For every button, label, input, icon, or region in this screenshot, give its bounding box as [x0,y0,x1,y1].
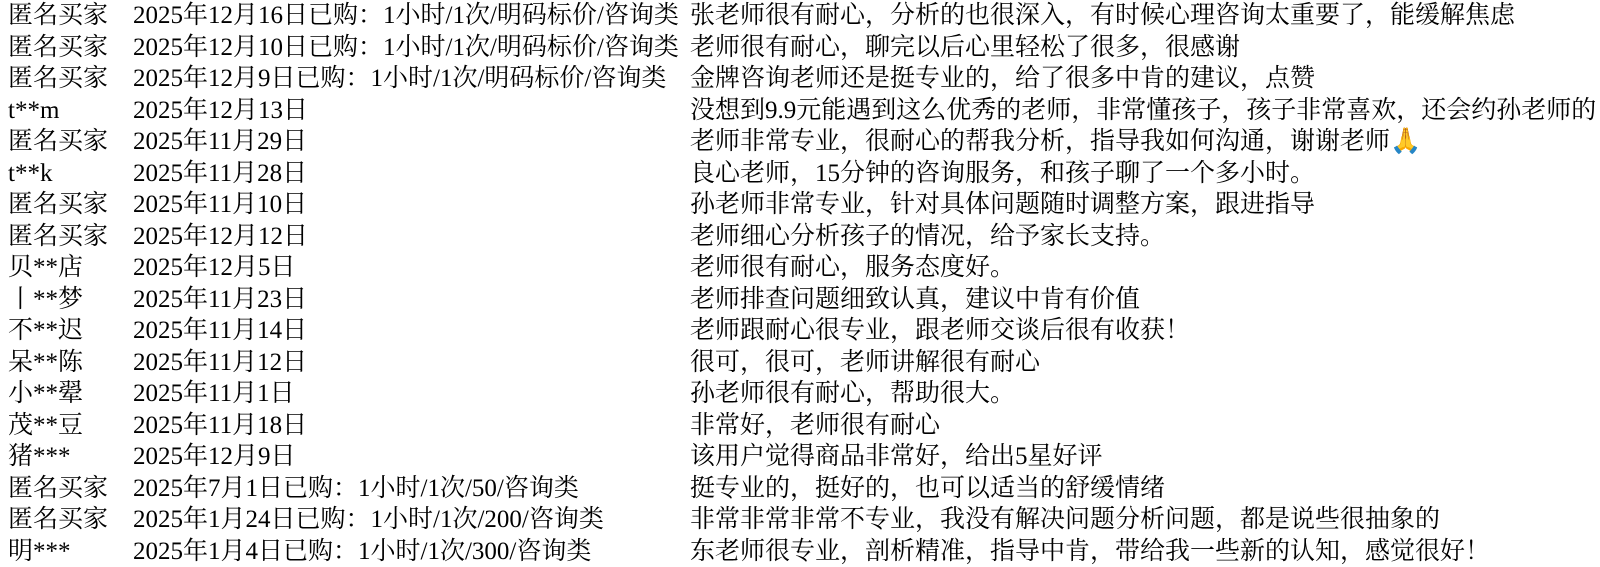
buyer-name: 匿名买家 [8,63,133,95]
review-text: 孙老师非常专业，针对具体问题随时调整方案，跟进指导 [690,189,1600,221]
buyer-name: 匿名买家 [8,221,133,253]
purchase-date-info: 2025年11月14日 [133,315,690,347]
buyer-name: 小**翚 [8,378,133,410]
purchase-date-info: 2025年11月23日 [133,284,690,316]
purchase-date-info: 2025年11月18日 [133,410,690,442]
buyer-name: 明*** [8,536,133,567]
review-row: 匿名买家 2025年7月1日已购：1小时/1次/50/咨询类 挺专业的，挺好的，… [0,473,1600,505]
review-row: 猪*** 2025年12月9日 该用户觉得商品非常好，给出5星好评 [0,441,1600,473]
purchase-date-info: 2025年11月28日 [133,158,690,190]
review-row: t**k 2025年11月28日 良心老师，15分钟的咨询服务，和孩子聊了一个多… [0,158,1600,190]
buyer-name: 匿名买家 [8,504,133,536]
purchase-date-info: 2025年12月9日已购：1小时/1次/明码标价/咨询类 [133,63,690,95]
purchase-date-info: 2025年12月12日 [133,221,690,253]
review-row: 不**迟 2025年11月14日 老师跟耐心很专业，跟老师交谈后很有收获！ [0,315,1600,347]
review-row: 丨**梦 2025年11月23日 老师排查问题细致认真，建议中肯有价值 [0,284,1600,316]
buyer-name: 贝**店 [8,252,133,284]
purchase-date-info: 2025年12月13日 [133,95,690,127]
review-text: 老师非常专业，很耐心的帮我分析，指导我如何沟通，谢谢老师🙏 [690,126,1600,158]
buyer-name: 匿名买家 [8,126,133,158]
buyer-name: 不**迟 [8,315,133,347]
buyer-name: t**m [8,95,133,127]
review-list: 匿名买家 2025年12月16日已购：1小时/1次/明码标价/咨询类 张老师很有… [0,0,1600,567]
purchase-date-info: 2025年1月4日已购：1小时/1次/300/咨询类 [133,536,690,567]
purchase-date-info: 2025年11月1日 [133,378,690,410]
review-row: 茂**豆 2025年11月18日 非常好，老师很有耐心 [0,410,1600,442]
purchase-date-info: 2025年12月9日 [133,441,690,473]
purchase-date-info: 2025年11月10日 [133,189,690,221]
review-text: 张老师很有耐心，分析的也很深入，有时候心理咨询太重要了，能缓解焦虑 [690,0,1600,32]
review-text: 老师排查问题细致认真，建议中肯有价值 [690,284,1600,316]
buyer-name: 匿名买家 [8,32,133,64]
review-row: 匿名买家 2025年11月29日 老师非常专业，很耐心的帮我分析，指导我如何沟通… [0,126,1600,158]
review-text: 老师细心分析孩子的情况，给予家长支持。 [690,221,1600,253]
review-row: 贝**店 2025年12月5日 老师很有耐心，服务态度好。 [0,252,1600,284]
buyer-name: 茂**豆 [8,410,133,442]
review-text: 老师很有耐心，服务态度好。 [690,252,1600,284]
buyer-name: 匿名买家 [8,0,133,32]
review-text: 东老师很专业，剖析精准，指导中肯，带给我一些新的认知，感觉很好！ [690,536,1600,567]
review-row: 呆**陈 2025年11月12日 很可，很可，老师讲解很有耐心 [0,347,1600,379]
buyer-name: t**k [8,158,133,190]
purchase-date-info: 2025年12月16日已购：1小时/1次/明码标价/咨询类 [133,0,690,32]
review-text: 非常好，老师很有耐心 [690,410,1600,442]
review-text: 挺专业的，挺好的，也可以适当的舒缓情绪 [690,473,1600,505]
review-row: 匿名买家 2025年12月12日 老师细心分析孩子的情况，给予家长支持。 [0,221,1600,253]
review-row: 匿名买家 2025年12月9日已购：1小时/1次/明码标价/咨询类 金牌咨询老师… [0,63,1600,95]
purchase-date-info: 2025年11月29日 [133,126,690,158]
review-row: 明*** 2025年1月4日已购：1小时/1次/300/咨询类 东老师很专业，剖… [0,536,1600,567]
purchase-date-info: 2025年12月10日已购：1小时/1次/明码标价/咨询类 [133,32,690,64]
buyer-name: 匿名买家 [8,189,133,221]
purchase-date-info: 2025年1月24日已购：1小时/1次/200/咨询类 [133,504,690,536]
buyer-name: 呆**陈 [8,347,133,379]
review-row: t**m 2025年12月13日 没想到9.9元能遇到这么优秀的老师，非常懂孩子… [0,95,1600,127]
review-row: 匿名买家 2025年1月24日已购：1小时/1次/200/咨询类 非常非常非常不… [0,504,1600,536]
review-text: 该用户觉得商品非常好，给出5星好评 [690,441,1600,473]
review-row: 匿名买家 2025年11月10日 孙老师非常专业，针对具体问题随时调整方案，跟进… [0,189,1600,221]
review-text: 很可，很可，老师讲解很有耐心 [690,347,1600,379]
purchase-date-info: 2025年12月5日 [133,252,690,284]
review-text: 孙老师很有耐心，帮助很大。 [690,378,1600,410]
review-text: 老师跟耐心很专业，跟老师交谈后很有收获！ [690,315,1600,347]
buyer-name: 猪*** [8,441,133,473]
review-row: 匿名买家 2025年12月10日已购：1小时/1次/明码标价/咨询类 老师很有耐… [0,32,1600,64]
review-text: 金牌咨询老师还是挺专业的，给了很多中肯的建议，点赞 [690,63,1600,95]
review-text: 没想到9.9元能遇到这么优秀的老师，非常懂孩子，孩子非常喜欢，还会约孙老师的 [690,95,1600,127]
review-row: 匿名买家 2025年12月16日已购：1小时/1次/明码标价/咨询类 张老师很有… [0,0,1600,32]
review-row: 小**翚 2025年11月1日 孙老师很有耐心，帮助很大。 [0,378,1600,410]
review-text: 老师很有耐心，聊完以后心里轻松了很多，很感谢 [690,32,1600,64]
buyer-name: 匿名买家 [8,473,133,505]
buyer-name: 丨**梦 [8,284,133,316]
purchase-date-info: 2025年7月1日已购：1小时/1次/50/咨询类 [133,473,690,505]
review-text: 非常非常非常不专业，我没有解决问题分析问题，都是说些很抽象的 [690,504,1600,536]
purchase-date-info: 2025年11月12日 [133,347,690,379]
review-text: 良心老师，15分钟的咨询服务，和孩子聊了一个多小时。 [690,158,1600,190]
